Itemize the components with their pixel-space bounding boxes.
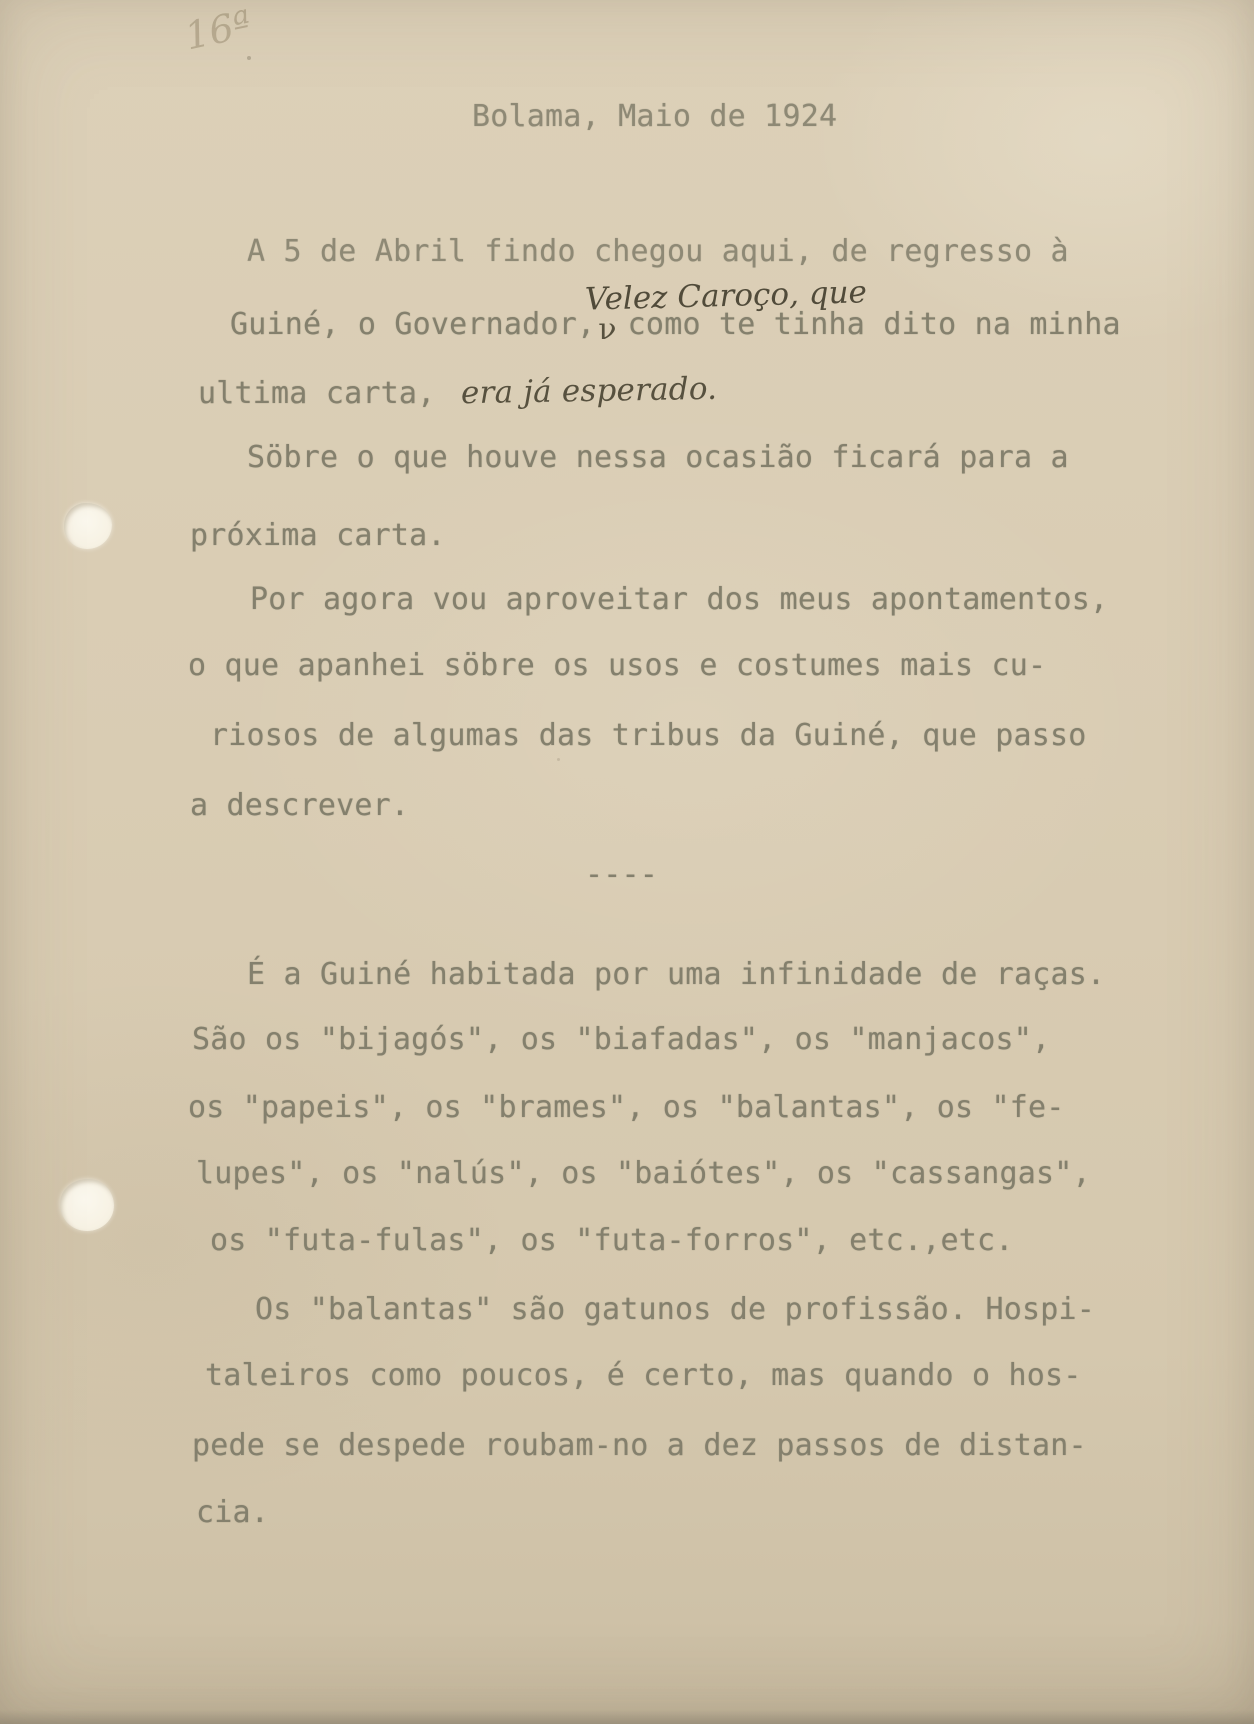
typed-segment: Guiné, o Governador, — [230, 307, 595, 342]
typed-line: o que apanhei söbre os usos e costumes m… — [188, 649, 1046, 683]
typed-line: Por agora vou aproveitar dos meus aponta… — [250, 583, 1108, 617]
handwritten-addition: era já esperado. — [461, 372, 718, 410]
typed-line: próxima carta. — [190, 519, 446, 553]
typed-line: É a Guiné habitada por uma infinidade de… — [247, 958, 1105, 992]
dateline: Bolama, Maio de 1924 — [472, 100, 837, 134]
typed-segment: ultima carta, — [198, 376, 435, 411]
typed-line: pede se despede roubam-no a dez passos d… — [192, 1429, 1087, 1463]
paper-speck — [557, 758, 560, 761]
typed-line: A 5 de Abril findo chegou aqui, de regre… — [247, 235, 1069, 269]
typed-line: São os "bijagós", os "biafadas", os "man… — [192, 1023, 1050, 1057]
pencil-page-number: 16ª — [181, 2, 255, 59]
typed-line-with-handwriting: ultima carta,era já esperado. — [198, 376, 718, 411]
typed-line: os "futa-fulas", os "futa-forros", etc.,… — [210, 1224, 1014, 1258]
scan-bottom-edge — [0, 1710, 1254, 1724]
typed-line: lupes", os "nalús", os "baiótes", os "ca… — [196, 1157, 1091, 1191]
insertion-caret-mark: ν — [598, 313, 616, 347]
typed-line: cia. — [196, 1496, 269, 1530]
typed-line: os "papeis", os "brames", os "balantas",… — [188, 1091, 1065, 1125]
typed-line: Söbre o que houve nessa ocasião ficará p… — [247, 441, 1069, 475]
paper-speck — [247, 56, 251, 60]
typed-line: Os "balantas" são gatunos de profissão. … — [255, 1293, 1095, 1327]
typed-line: taleiros como poucos, é certo, mas quand… — [205, 1359, 1082, 1393]
letter-page: 16ª Bolama, Maio de 1924 A 5 de Abril fi… — [0, 0, 1254, 1724]
typed-segment: como te tinha dito na minha — [628, 307, 1121, 342]
typed-line-with-caret: Guiné, o Governador,νcomo te tinha dito … — [230, 308, 1121, 342]
typed-line: riosos de algumas das tribus da Guiné, q… — [210, 719, 1087, 753]
punch-hole — [60, 1179, 114, 1231]
section-separator: ---- — [585, 858, 658, 892]
typed-line: a descrever. — [190, 789, 409, 823]
punch-hole — [64, 503, 112, 549]
